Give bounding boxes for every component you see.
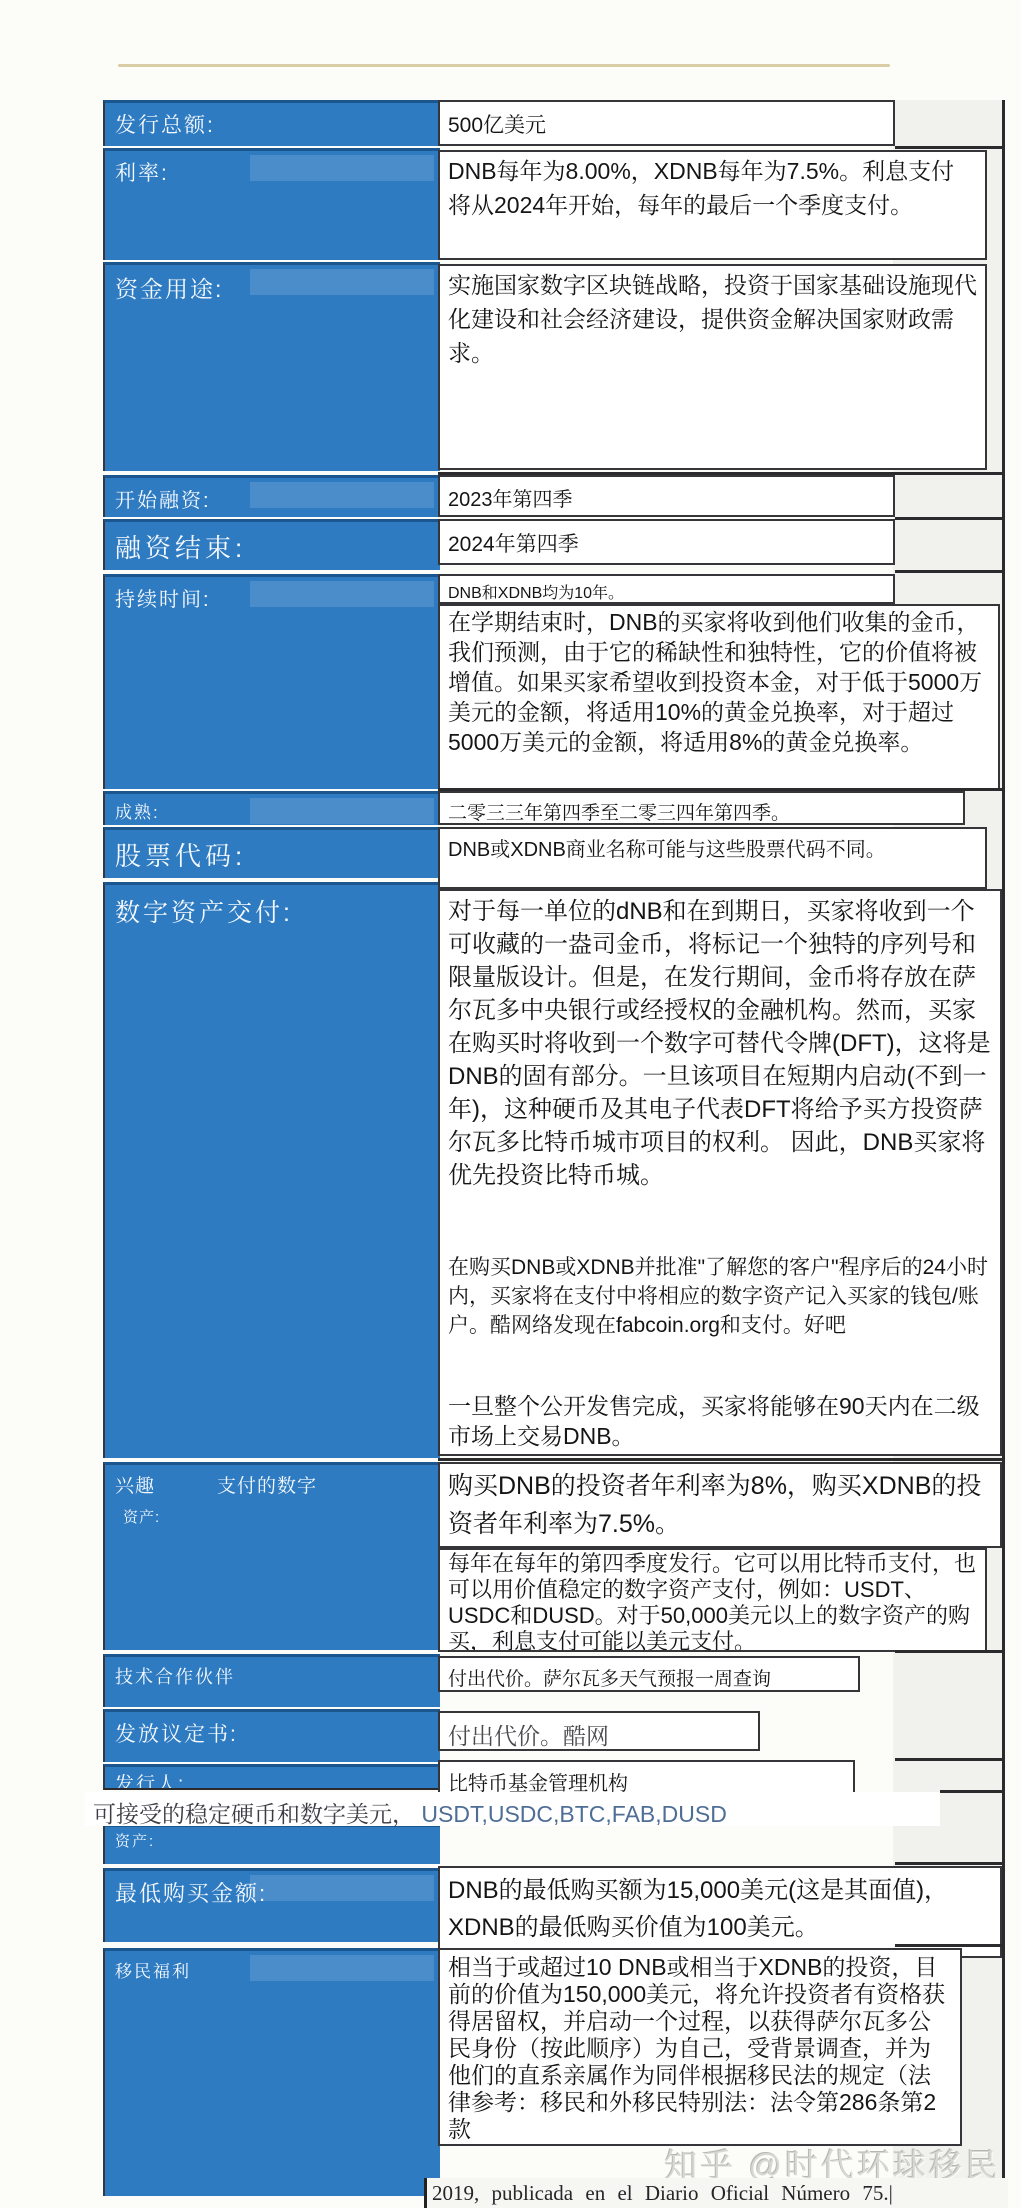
border-fragment xyxy=(895,517,1005,520)
value-maturity: 二零三三年第四季至二零三四年第四季。 xyxy=(440,793,963,825)
label-paid-digital: 支付的数字 xyxy=(217,1471,317,1498)
accepted-stablecoins-text: 可接受的稳定硬币和数字美元， xyxy=(93,1801,415,1827)
label-cell-funding-end: 融资结束: xyxy=(103,519,440,570)
value-box-duration-summary: DNB和XDNB均为10年。 xyxy=(438,574,895,604)
value-digital-delivery-para1: 对于每一单位的dNB和在到期日，买家将收到一个可收藏的一盎司金币，将标记一个独特… xyxy=(448,895,994,1192)
value-box-funding-end: 2024年第四季 xyxy=(438,519,895,565)
label-digital-asset-delivery: 数字资产交付: xyxy=(105,885,440,929)
label-interest: 兴趣 xyxy=(115,1471,155,1498)
label-issue-total: 发行总额: xyxy=(105,103,440,139)
value-box-ticker: DNB或XDNB商业名称可能与这些股票代码不同。 xyxy=(438,827,987,889)
border-fragment xyxy=(438,1458,1005,1461)
label-assets: 资产: xyxy=(105,1827,440,1851)
value-box-interest-digital-payment: 每年在每年的第四季度发行。它可以用比特币支付，也可以用价值稳定的数字资产支付，例… xyxy=(438,1548,987,1652)
value-interest-digital-payment: 每年在每年的第四季度发行。它可以用比特币支付，也可以用价值稳定的数字资产支付，例… xyxy=(440,1550,985,1652)
label-cell-digital-asset-delivery: 数字资产交付: xyxy=(103,882,440,1458)
label-cell-assets: 资产: xyxy=(103,1824,440,1864)
value-use-of-funds: 实施国家数字区块链战略，投资于国家基础设施现代化建设和社会经济建设，提供资金解决… xyxy=(440,266,985,374)
translation-artifact-patch xyxy=(250,269,434,295)
spanish-legal-text-fragment: 2019, publicada en el Diario Oficial Núm… xyxy=(424,2178,1008,2208)
translation-artifact-patch xyxy=(250,155,434,181)
label-issuance-protocol: 发放议定书: xyxy=(105,1712,440,1748)
translation-artifact-patch xyxy=(250,482,434,508)
accepted-stablecoins-row: 可接受的稳定硬币和数字美元， USDT,USDC,BTC,FAB,DUSD xyxy=(85,1792,940,1826)
value-duration-detail: 在学期结束时，DNB的买家将收到他们收集的金币，我们预测，由于它的稀缺性和独特性… xyxy=(440,606,998,761)
value-box-digital-asset-delivery: 对于每一单位的dNB和在到期日，买家将收到一个可收藏的一盎司金币，将标记一个独特… xyxy=(438,889,1002,1456)
label-cell-use-of-funds: 资金用途: xyxy=(103,262,440,471)
label-assets-sub: 资产: xyxy=(105,1498,440,1527)
value-issue-total: 500亿美元 xyxy=(440,102,893,143)
value-min-purchase: DNB的最低购买额为15,000美元(这是其面值)，XDNB的最低购买价值为10… xyxy=(440,1868,1000,1950)
value-issuance-protocol: 付出代价。酷网 xyxy=(440,1713,758,1751)
value-box-immigration-benefit: 相当于或超过10 DNB或相当于XDNB的投资，目前的价值为150,000美元，… xyxy=(438,1948,962,2146)
label-cell-immigration-benefit: 移民福利 xyxy=(103,1948,440,2196)
border-fragment xyxy=(438,788,1005,791)
translation-artifact-patch xyxy=(250,1955,434,1981)
value-box-interest-digital-rates: 购买DNB的投资者年利率为8%，购买XDNB的投资者年利率为7.5%。 xyxy=(438,1462,1002,1548)
value-duration-summary: DNB和XDNB均为10年。 xyxy=(440,576,893,604)
value-box-interest-rate: DNB每年为8.00%，XDNB每年为7.5%。利息支付将从2024年开始，每年… xyxy=(438,150,987,260)
table-outer-right-border xyxy=(1002,100,1005,2198)
value-interest-rate: DNB每年为8.00%，XDNB每年为7.5%。利息支付将从2024年开始，每年… xyxy=(440,152,985,226)
translation-artifact-patch xyxy=(250,1875,434,1901)
border-fragment xyxy=(895,1758,1005,1761)
top-divider-line xyxy=(118,64,890,67)
label-cell-issue-total: 发行总额: xyxy=(103,100,440,146)
value-immigration-benefit: 相当于或超过10 DNB或相当于XDNB的投资，目前的价值为150,000美元，… xyxy=(440,1950,960,2146)
value-funding-start: 2023年第四季 xyxy=(440,477,893,516)
value-digital-delivery-para2: 在购买DNB或XDNB并批准"了解您的客户"程序后的24小时内，买家将在支付中将… xyxy=(448,1253,994,1340)
accepted-stablecoins-list: USDT,USDC,BTC,FAB,DUSD xyxy=(421,1801,726,1827)
value-ticker: DNB或XDNB商业名称可能与这些股票代码不同。 xyxy=(440,829,985,866)
label-cell-interest-rate: 利率: xyxy=(103,148,440,260)
value-box-issuance-protocol: 付出代价。酷网 xyxy=(438,1711,760,1751)
border-fragment xyxy=(438,472,1005,475)
scanned-bond-terms-document: 发行总额: 利率: 资金用途: 开始融资: 融资结束: 持续时间: 成熟: 股票… xyxy=(0,0,1021,2208)
border-fragment xyxy=(940,1790,1005,1793)
border-fragment xyxy=(895,1944,1005,1947)
label-ticker: 股票代码: xyxy=(105,830,440,873)
translation-artifact-patch xyxy=(250,581,434,607)
translation-artifact-patch xyxy=(250,798,434,824)
label-cell-issuance-protocol: 发放议定书: xyxy=(103,1709,440,1762)
value-box-funding-start: 2023年第四季 xyxy=(438,475,895,517)
value-interest-digital-rates: 购买DNB的投资者年利率为8%，购买XDNB的投资者年利率为7.5%。 xyxy=(440,1464,1000,1547)
value-tech-partner: 付出代价。萨尔瓦多天气预报一周查询 xyxy=(440,1658,858,1692)
border-fragment xyxy=(895,1650,1005,1653)
value-box-issue-total: 500亿美元 xyxy=(438,100,895,146)
value-box-maturity: 二零三三年第四季至二零三四年第四季。 xyxy=(438,791,965,825)
border-fragment xyxy=(895,570,1005,573)
label-cell-min-purchase: 最低购买金额: xyxy=(103,1868,440,1942)
value-box-tech-partner: 付出代价。萨尔瓦多天气预报一周查询 xyxy=(438,1656,860,1692)
label-cell-issuer: 发行人: xyxy=(103,1764,440,1790)
label-cell-duration: 持续时间: xyxy=(103,574,440,789)
border-fragment xyxy=(895,146,1005,149)
label-cell-ticker: 股票代码: xyxy=(103,827,440,878)
label-funding-end: 融资结束: xyxy=(105,522,440,565)
label-cell-funding-start: 开始融资: xyxy=(103,475,440,517)
value-digital-delivery-para3: 一旦整个公开发售完成，买家将能够在90天内在二级市场上交易DNB。 xyxy=(448,1391,994,1451)
label-cell-interest-paid-digital-assets: 兴趣 支付的数字 资产: xyxy=(103,1462,440,1650)
value-funding-end: 2024年第四季 xyxy=(440,521,893,562)
label-cell-maturity: 成熟: xyxy=(103,791,440,825)
value-box-issuer: 比特币基金管理机构 xyxy=(438,1760,855,1794)
label-tech-partner: 技术合作伙伴 xyxy=(105,1657,440,1689)
value-box-duration-detail: 在学期结束时，DNB的买家将收到他们收集的金币，我们预测，由于它的稀缺性和独特性… xyxy=(438,604,1000,790)
label-cell-tech-partner: 技术合作伙伴 xyxy=(103,1654,440,1707)
value-issuer: 比特币基金管理机构 xyxy=(440,1762,853,1794)
label-issuer: 发行人: xyxy=(105,1767,440,1790)
border-fragment xyxy=(895,1862,1005,1865)
value-box-use-of-funds: 实施国家数字区块链战略，投资于国家基础设施现代化建设和社会经济建设，提供资金解决… xyxy=(438,264,987,470)
